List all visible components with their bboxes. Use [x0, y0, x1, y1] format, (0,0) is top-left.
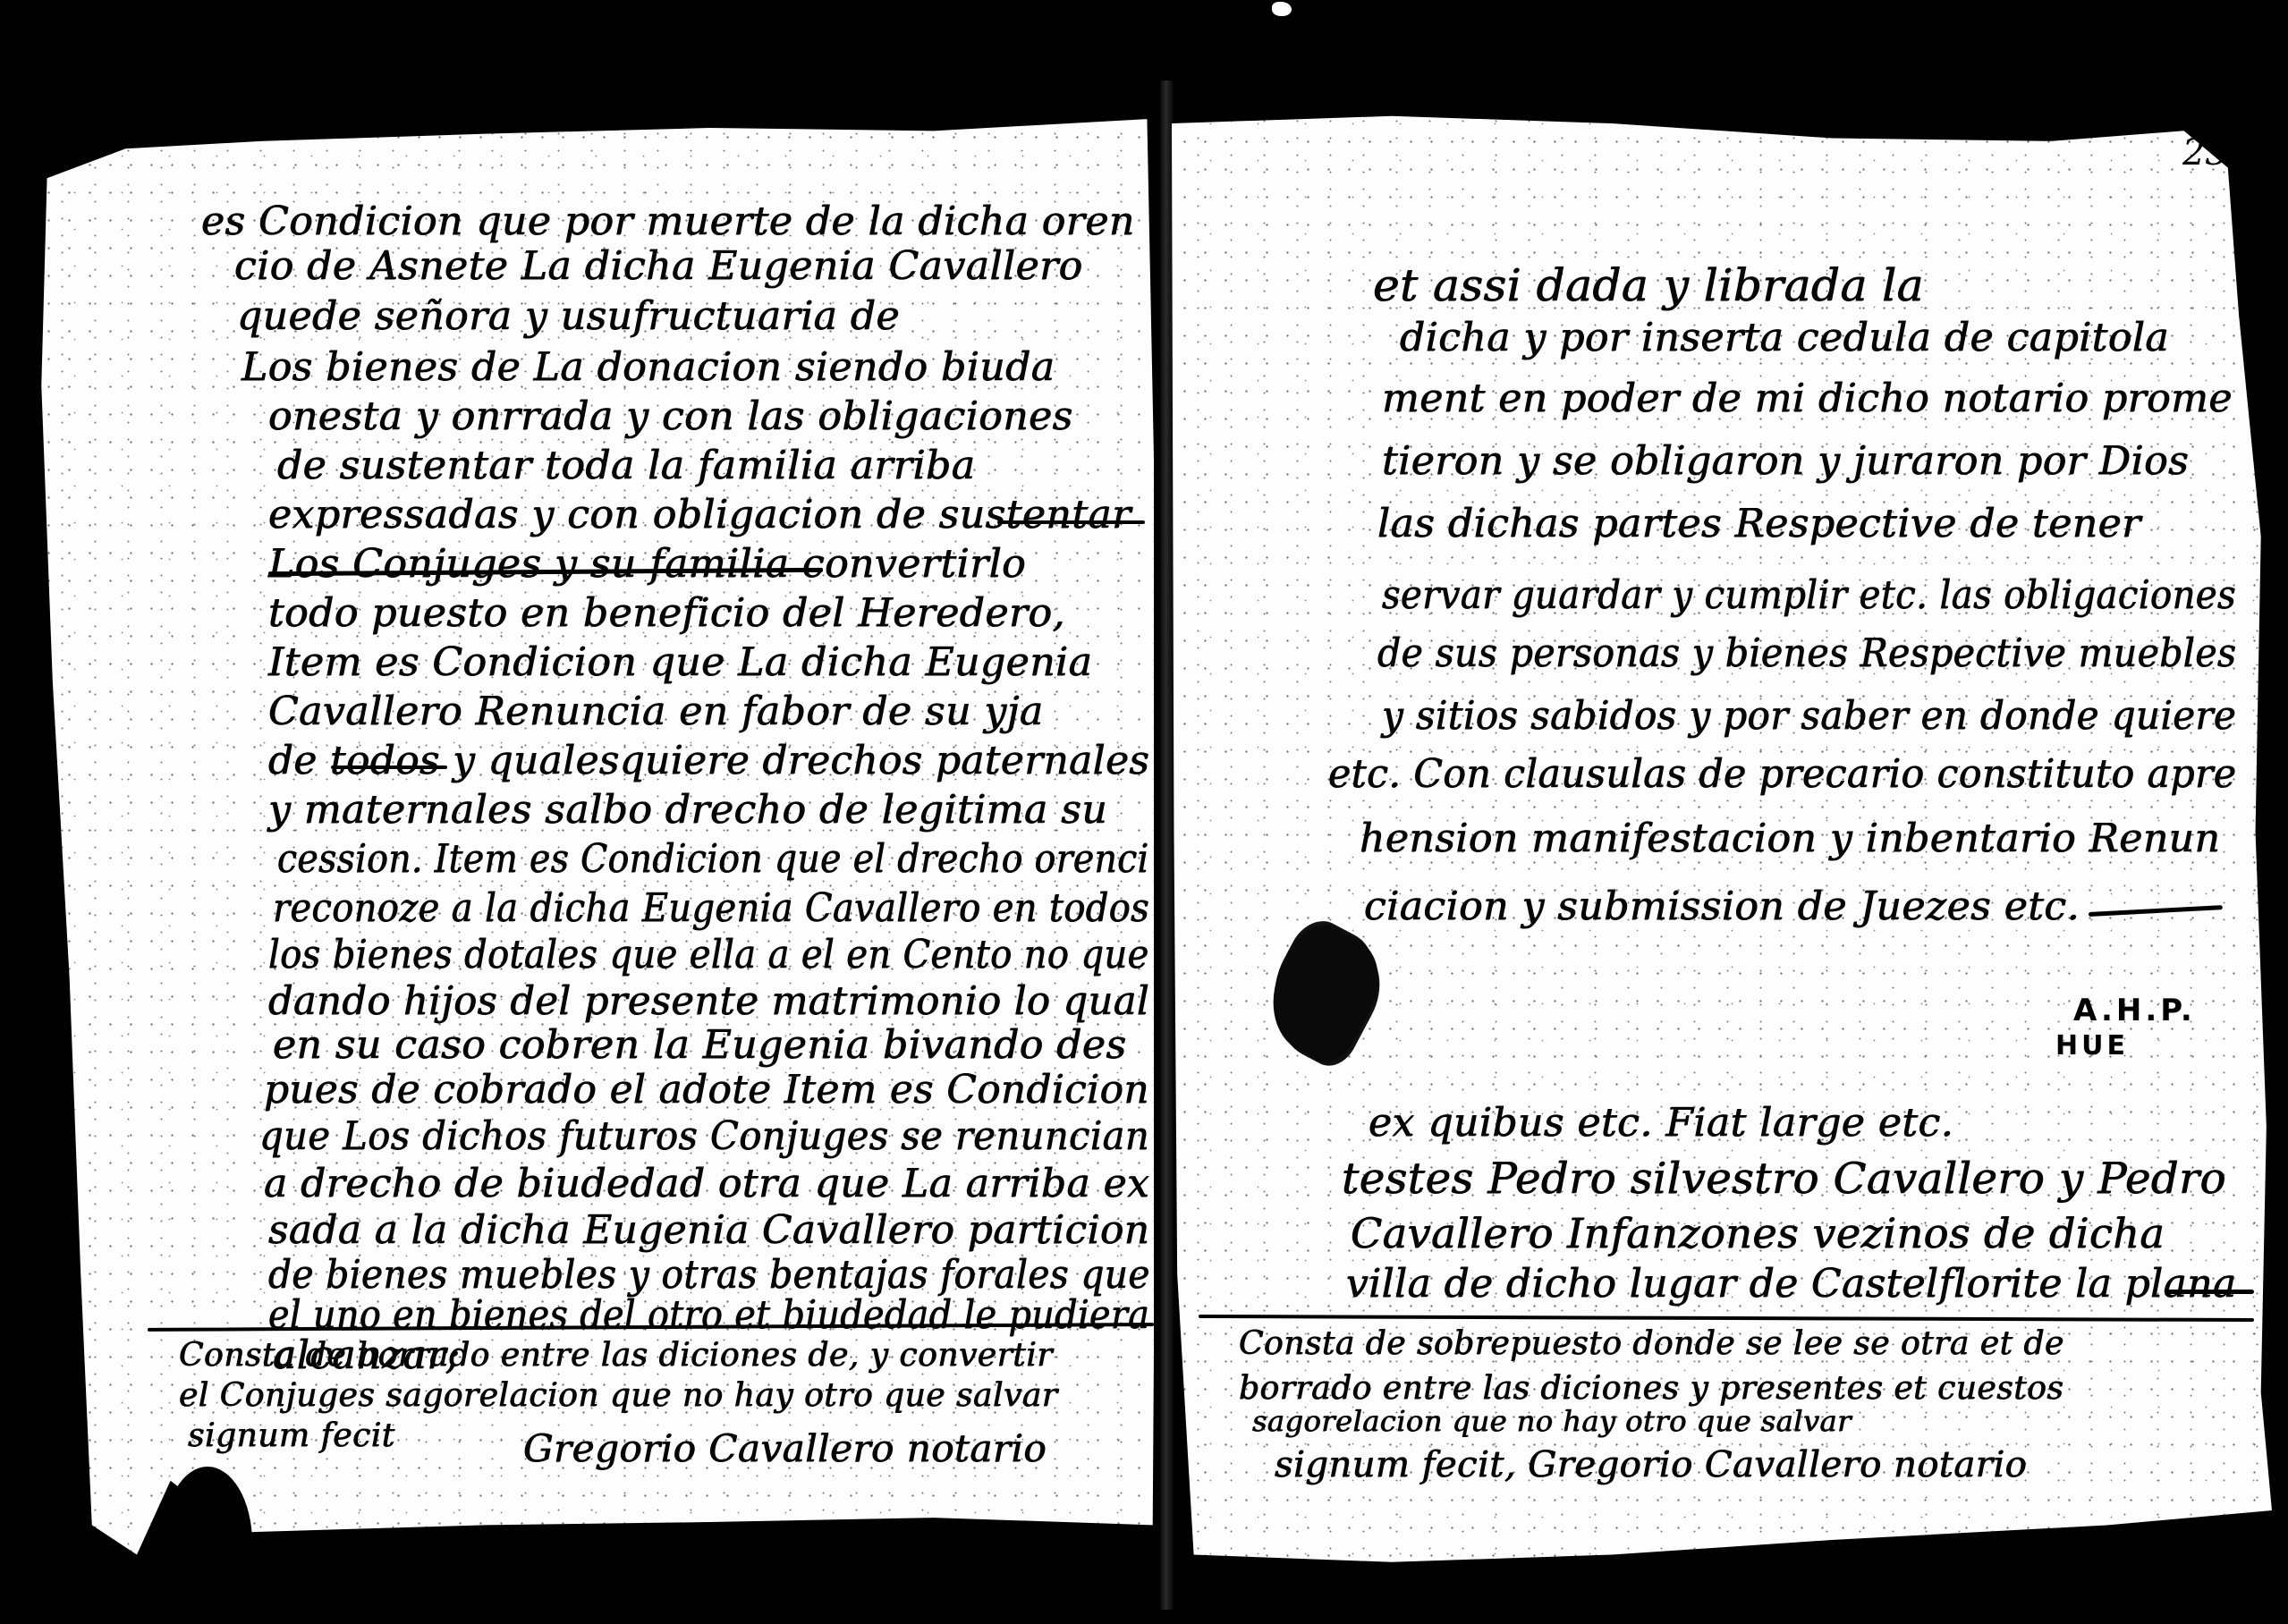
archive-stamp-line-2: HUE — [2055, 1030, 2129, 1062]
right-line-4: tieron y se obligaron y juraron por Dios — [1382, 438, 2189, 484]
left-line-8-struck: Los Conjuges y su familia convertirlo — [268, 541, 1026, 587]
right-line-10: hension manifestacion y inbentario Renun — [1360, 816, 2220, 861]
left-line-19: pues de cobrado el adote Item es Condici… — [264, 1067, 1149, 1112]
left-line-5: onesta y onrrada y con las obligaciones — [268, 393, 1073, 439]
strikethrough-mark — [997, 520, 1145, 524]
right-note-line-1: Consta de sobrepuesto donde se lee se ot… — [1239, 1325, 2064, 1362]
left-line-6: de sustentar toda la familia arriba — [277, 443, 975, 488]
right-note-line-3: sagorelacion que no hay otro que salvar — [1252, 1404, 1852, 1438]
right-line-7: de sus personas y bienes Respective mueb… — [1377, 630, 2236, 676]
line-end-flourish — [2165, 1290, 2254, 1294]
right-line-5: las dichas partes Respective de tener — [1377, 501, 2141, 546]
left-line-4: Los bienes de La donacion siendo biuda — [242, 344, 1055, 390]
right-line-3: ment en poder de mi dicho notario prome — [1382, 376, 2233, 421]
left-line-12: de todos y qualesquiere drechos paternal… — [268, 738, 1149, 783]
witness-line-1: ex quibus etc. Fiat large etc. — [1369, 1100, 1953, 1146]
right-line-8: y sitios sabidos y por saber en donde qu… — [1382, 693, 2236, 739]
left-line-15: reconoze a la dicha Eugenia Cavallero en… — [273, 885, 1149, 931]
book-gutter — [1154, 72, 1160, 1610]
left-line-10: Item es Condicion que La dicha Eugenia — [268, 639, 1092, 685]
left-note-line-1: Consta de borrado entre las diciones de,… — [179, 1337, 1053, 1374]
right-note-line-2: borrado entre las diciones y presentes e… — [1239, 1370, 2063, 1407]
left-line-2: cio de Asnete La dicha Eugenia Cavallero — [234, 243, 1083, 289]
top-edge-mark — [1272, 2, 1292, 16]
right-line-11: ciacion y submission de Juezes etc. — [1364, 884, 2080, 929]
left-line-20: que Los dichos futuros Conjuges se renun… — [259, 1113, 1149, 1159]
right-line-9: etc. Con clausulas de precario constitut… — [1328, 751, 2236, 797]
left-line-18: en su caso cobren la Eugenia bivando des — [273, 1022, 1127, 1068]
paper-damage-hole — [163, 1467, 252, 1619]
left-line-3: quede señora y usufructuaria de — [237, 293, 900, 339]
archive-stamp-line-1: A.H.P. — [2073, 993, 2196, 1028]
left-line-22: sada a la dicha Eugenia Cavallero partic… — [268, 1207, 1149, 1253]
right-notary-signature: signum fecit, Gregorio Cavallero notario — [1275, 1444, 2027, 1485]
left-line-17: dando hijos del presente matrimonio lo q… — [268, 978, 1149, 1024]
left-line-9: todo puesto en beneficio del Heredero, — [268, 590, 1065, 636]
folio-number: 23 — [2182, 132, 2228, 173]
left-line-1: es Condicion que por muerte de la dicha … — [201, 199, 1135, 244]
left-line-7: expressadas y con obligacion de sustenta… — [268, 492, 1131, 537]
left-line-14: cession. Item es Condicion que el drecho… — [277, 836, 1149, 882]
strikethrough-mark — [331, 765, 447, 769]
gutter-shadow — [1160, 80, 1174, 1610]
right-line-6: servar guardar y cumplir etc. las obliga… — [1382, 572, 2236, 618]
witness-line-3: Cavallero Infanzones vezinos de dicha — [1351, 1209, 2165, 1257]
left-line-23: de bienes muebles y otras bentajas foral… — [268, 1252, 1150, 1298]
left-line-11: Cavallero Renuncia en fabor de su yja — [268, 689, 1044, 734]
left-note-line-3: signum fecit — [188, 1417, 395, 1454]
left-line-24: el uno en bienes del otro et biudedad le… — [268, 1292, 1149, 1338]
left-notary-signature: Gregorio Cavallero notario — [523, 1426, 1047, 1470]
witness-line-4: villa de dicho lugar de Castelflorite la… — [1346, 1261, 2236, 1307]
left-line-16: los bienes dotales que ella a el en Cent… — [268, 932, 1149, 977]
right-line-1: et assi dada y librada la — [1373, 259, 1924, 311]
left-line-13: y maternales salbo drecho de legitima su — [268, 787, 1107, 833]
left-note-line-2: el Conjuges sagorelacion que no hay otro… — [179, 1377, 1058, 1414]
left-line-21: a drecho de biudedad otra que La arriba … — [264, 1161, 1149, 1206]
right-line-2: dicha y por inserta cedula de capitola — [1400, 315, 2169, 360]
witness-line-2: testes Pedro silvestro Cavallero y Pedro — [1342, 1154, 2226, 1204]
